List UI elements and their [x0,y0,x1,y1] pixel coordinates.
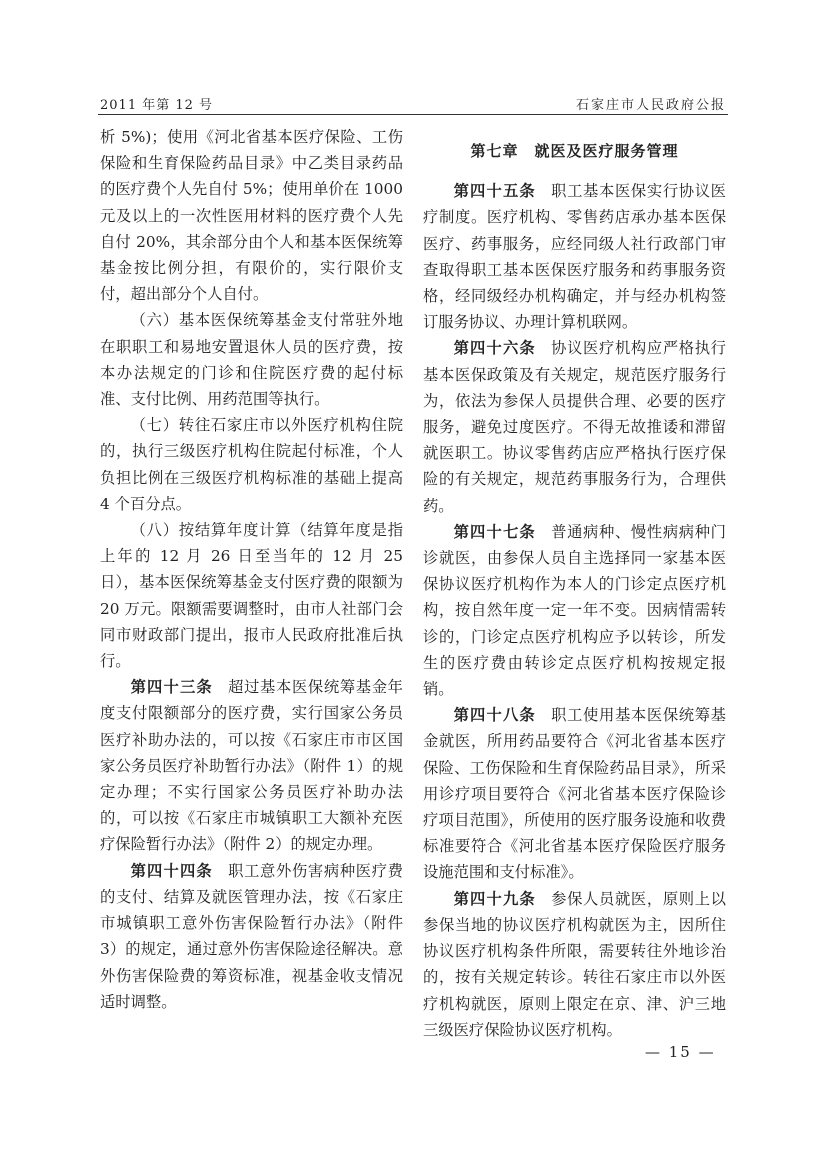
paragraph: 析 5%)；使用《河北省基本医疗保险、工伤保险和生育保险药品目录》中乙类目录药品… [100,124,403,307]
article-number: 第四十三条 [131,678,213,696]
paragraph-text: 超过基本医保统筹基金年度支付限额部分的医疗费，实行国家公务员医疗补助办法的，可以… [100,678,403,853]
right-column: 第七章 就医及医疗服务管理 第四十五条职工基本医保实行协议医疗制度。医疗机构、零… [423,124,726,1043]
article-45: 第四十五条职工基本医保实行协议医疗制度。医疗机构、零售药店承办基本医保医疗、药事… [423,178,726,335]
article-46: 第四十六条协议医疗机构应严格执行基本医保政策及有关规定，规范医疗服务行为，依法为… [423,335,726,518]
article-49: 第四十九条参保人员就医，原则上以参保当地的协议医疗机构就医为主，因所住协议医疗机… [423,886,726,1043]
paragraph-text: （七）转往石家庄市以外医疗机构住院的，执行三级医疗机构住院起付标准，个人负担比例… [100,416,403,513]
publication-title: 石家庄市人民政府公报 [576,94,726,113]
article-number: 第四十七条 [454,523,536,541]
page-header: 2011 年第 12 号 石家庄市人民政府公报 [98,92,728,115]
page-number: — 15 — [645,1043,716,1061]
article-number: 第四十四条 [131,862,213,880]
article-number: 第四十九条 [454,890,536,908]
paragraph-text: （八）按结算年度计算（结算年度是指上年的 12 月 26 日至当年的 12 月 … [100,521,403,670]
left-column: 析 5%)；使用《河北省基本医疗保险、工伤保险和生育保险药品目录》中乙类目录药品… [100,124,403,1015]
paragraph: （七）转往石家庄市以外医疗机构住院的，执行三级医疗机构住院起付标准，个人负担比例… [100,412,403,517]
paragraph-text: 职工意外伤害病种医疗费的支付、结算及就医管理办法，按《石家庄市城镇职工意外伤害保… [100,862,403,1011]
paragraph-text: （六）基本医保统筹基金支付常驻外地在职职工和易地安置退休人员的医疗费，按本办法规… [100,311,403,408]
article-48: 第四十八条职工使用基本医保统筹基金就医，所用药品要符合《河北省基本医疗保险、工伤… [423,702,726,885]
paragraph-text: 普通病种、慢性病病种门诊就医，由参保人员自主选择同一家基本医保协议医疗机构作为本… [423,523,726,698]
paragraph: （六）基本医保统筹基金支付常驻外地在职职工和易地安置退休人员的医疗费，按本办法规… [100,307,403,412]
paragraph-text: 参保人员就医，原则上以参保当地的协议医疗机构就医为主，因所住协议医疗机构条件所限… [423,890,726,1039]
article-number: 第四十六条 [454,339,536,357]
article-44: 第四十四条职工意外伤害病种医疗费的支付、结算及就医管理办法，按《石家庄市城镇职工… [100,858,403,1015]
chapter-title: 第七章 就医及医疗服务管理 [423,138,726,164]
article-47: 第四十七条普通病种、慢性病病种门诊就医，由参保人员自主选择同一家基本医保协议医疗… [423,519,726,702]
paragraph-text: 职工基本医保实行协议医疗制度。医疗机构、零售药店承办基本医保医疗、药事服务，应经… [423,182,726,331]
article-43: 第四十三条超过基本医保统筹基金年度支付限额部分的医疗费，实行国家公务员医疗补助办… [100,674,403,857]
issue-label: 2011 年第 12 号 [100,94,213,113]
article-number: 第四十八条 [454,706,536,724]
paragraph-text: 职工使用基本医保统筹基金就医，所用药品要符合《河北省基本医疗保险、工伤保险和生育… [423,706,726,881]
paragraph-text: 析 5%)；使用《河北省基本医疗保险、工伤保险和生育保险药品目录》中乙类目录药品… [100,128,403,303]
article-number: 第四十五条 [454,182,536,200]
paragraph: （八）按结算年度计算（结算年度是指上年的 12 月 26 日至当年的 12 月 … [100,517,403,674]
paragraph-text: 协议医疗机构应严格执行基本医保政策及有关规定，规范医疗服务行为，依法为参保人员提… [423,339,726,514]
